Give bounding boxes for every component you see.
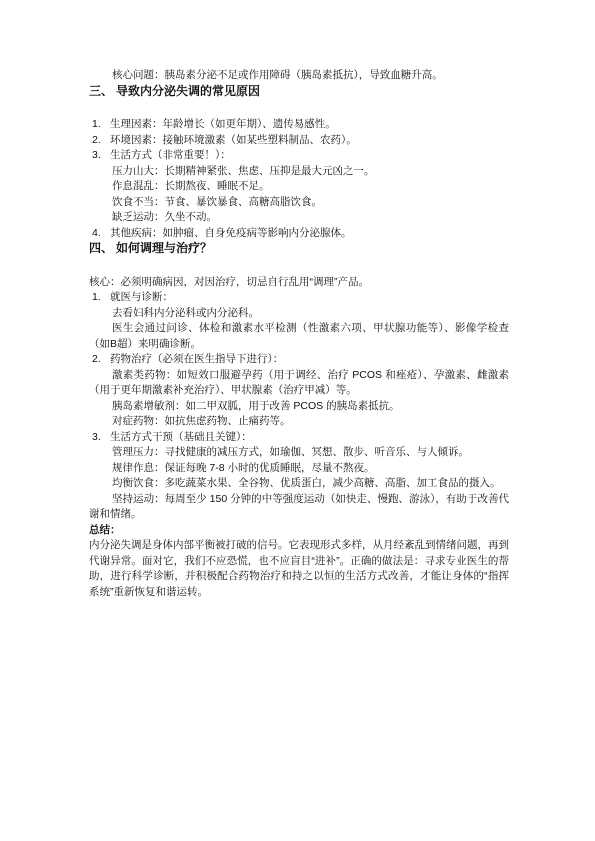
paragraph-text: 对症药物：如抗焦虑药物、止痛药等。 (112, 415, 291, 427)
paragraph-text: 内分泌失调是身体内部平衡被打破的信号。它表现形式多样，从月经紊乱到情绪问题，再到… (89, 539, 509, 598)
numbered-item: 2.药物治疗（必须在医生指导下进行）： (89, 352, 509, 368)
body-paragraph: 核心：必须明确病因，对因治疗，切忌自行乱用“调理”产品。 (89, 275, 509, 291)
paragraph-text: 医生会通过问诊、体检和激素水平检测（性激素六项、甲状腺功能等）、影像学检查（如B… (89, 322, 509, 350)
indented-line: 对症药物：如抗焦虑药物、止痛药等。 (89, 414, 509, 430)
blank-line (89, 257, 509, 275)
paragraph-text: 缺乏运动：久坐不动。 (112, 211, 217, 223)
indented-line: 核心问题：胰岛素分泌不足或作用障碍（胰岛素抵抗），导致血糖升高。 (89, 68, 509, 84)
list-number: 3. (89, 148, 110, 164)
indented-line: 胰岛素增敏剂：如二甲双胍，用于改善 PCOS 的胰岛素抵抗。 (89, 399, 509, 415)
body-paragraph: 内分泌失调是身体内部平衡被打破的信号。它表现形式多样，从月经紊乱到情绪问题，再到… (89, 538, 509, 600)
paragraph-text: 饮食不当：节食、暴饮暴食、高糖高脂饮食。 (112, 196, 322, 208)
list-number: 1. (89, 290, 110, 306)
numbered-item: 1.就医与诊断： (89, 290, 509, 306)
blank-line (89, 99, 509, 117)
paragraph-text: 其他疾病：如肿瘤、自身免疫病等影响内分泌腺体。 (110, 227, 352, 239)
paragraph-text: 均衡饮食：多吃蔬菜水果、全谷物、优质蛋白，减少高糖、高脂、加工食品的摄入。 (112, 477, 501, 489)
list-number: 3. (89, 430, 110, 446)
paragraph-text: 生活方式（非常重要！）： (110, 149, 231, 161)
paragraph-text: 药物治疗（必须在医生指导下进行）： (110, 353, 283, 365)
indented-line: 缺乏运动：久坐不动。 (89, 210, 509, 226)
paragraph-text: 如何调理与治疗？ (116, 241, 212, 255)
summary-label: 总结： (89, 523, 509, 539)
list-number: 4. (89, 226, 110, 242)
indented-line: 规律作息：保证每晚 7-8 小时的优质睡眠，尽量不熬夜。 (89, 461, 509, 477)
numbered-item: 1.生理因素：年龄增长（如更年期）、遗传易感性。 (89, 117, 509, 133)
indented-line: 均衡饮食：多吃蔬菜水果、全谷物、优质蛋白，减少高糖、高脂、加工食品的摄入。 (89, 476, 509, 492)
numbered-item: 3.生活方式干预（基础且关键）： (89, 430, 509, 446)
indented-line: 饮食不当：节食、暴饮暴食、高糖高脂饮食。 (89, 195, 509, 211)
paragraph-text: 核心：必须明确病因，对因治疗，切忌自行乱用“调理”产品。 (89, 276, 369, 288)
paragraph-text: 压力山大：长期精神紧张、焦虑、压抑是最大元凶之一。 (112, 165, 375, 177)
list-number: 四、 (89, 241, 113, 255)
paragraph-text: 环境因素：接触环境激素（如某些塑料制品、农药）。 (110, 134, 357, 146)
paragraph-text: 坚持运动：每周至少 150 分钟的中等强度运动（如快走、慢跑、游泳），有助于改善… (89, 493, 509, 521)
list-number: 1. (89, 117, 110, 133)
paragraph-text: 总结： (89, 524, 121, 536)
paragraph-text: 去看妇科内分泌科或内分泌科。 (112, 307, 259, 319)
paragraph-text: 导致内分泌失调的常见原因 (116, 84, 260, 98)
list-number: 2. (89, 352, 110, 368)
paragraph-text: 核心问题：胰岛素分泌不足或作用障碍（胰岛素抵抗），导致血糖升高。 (112, 69, 443, 81)
indented-line: 管理压力：寻找健康的减压方式，如瑜伽、冥想、散步、听音乐、与人倾诉。 (89, 445, 509, 461)
list-number: 2. (89, 133, 110, 149)
section-heading: 四、如何调理与治疗？ (89, 241, 509, 257)
paragraph-text: 规律作息：保证每晚 7-8 小时的优质睡眠，尽量不熬夜。 (112, 462, 375, 474)
numbered-item: 4.其他疾病：如肿瘤、自身免疫病等影响内分泌腺体。 (89, 226, 509, 242)
document-content: 核心问题：胰岛素分泌不足或作用障碍（胰岛素抵抗），导致血糖升高。三、导致内分泌失… (89, 68, 509, 600)
indented-line: 医生会通过问诊、体检和激素水平检测（性激素六项、甲状腺功能等）、影像学检查（如B… (89, 321, 509, 352)
document-page: 核心问题：胰岛素分泌不足或作用障碍（胰岛素抵抗），导致血糖升高。三、导致内分泌失… (0, 0, 595, 841)
paragraph-text: 激素类药物：如短效口服避孕药（用于调经、治疗 PCOS 和痤疮）、孕激素、雌激素… (89, 369, 509, 397)
numbered-item: 3.生活方式（非常重要！）： (89, 148, 509, 164)
paragraph-text: 胰岛素增敏剂：如二甲双胍，用于改善 PCOS 的胰岛素抵抗。 (112, 400, 400, 412)
section-heading: 三、导致内分泌失调的常见原因 (89, 84, 509, 100)
list-number: 三、 (89, 84, 113, 98)
numbered-item: 2.环境因素：接触环境激素（如某些塑料制品、农药）。 (89, 133, 509, 149)
indented-line: 坚持运动：每周至少 150 分钟的中等强度运动（如快走、慢跑、游泳），有助于改善… (89, 492, 509, 523)
paragraph-text: 管理压力：寻找健康的减压方式，如瑜伽、冥想、散步、听音乐、与人倾诉。 (112, 446, 469, 458)
paragraph-text: 就医与诊断： (110, 291, 173, 303)
indented-line: 压力山大：长期精神紧张、焦虑、压抑是最大元凶之一。 (89, 164, 509, 180)
paragraph-text: 生活方式干预（基础且关键）： (110, 431, 252, 443)
paragraph-text: 作息混乱：长期熬夜、睡眠不足。 (112, 180, 270, 192)
indented-line: 去看妇科内分泌科或内分泌科。 (89, 306, 509, 322)
indented-line: 激素类药物：如短效口服避孕药（用于调经、治疗 PCOS 和痤疮）、孕激素、雌激素… (89, 368, 509, 399)
indented-line: 作息混乱：长期熬夜、睡眠不足。 (89, 179, 509, 195)
paragraph-text: 生理因素：年龄增长（如更年期）、遗传易感性。 (110, 118, 336, 130)
